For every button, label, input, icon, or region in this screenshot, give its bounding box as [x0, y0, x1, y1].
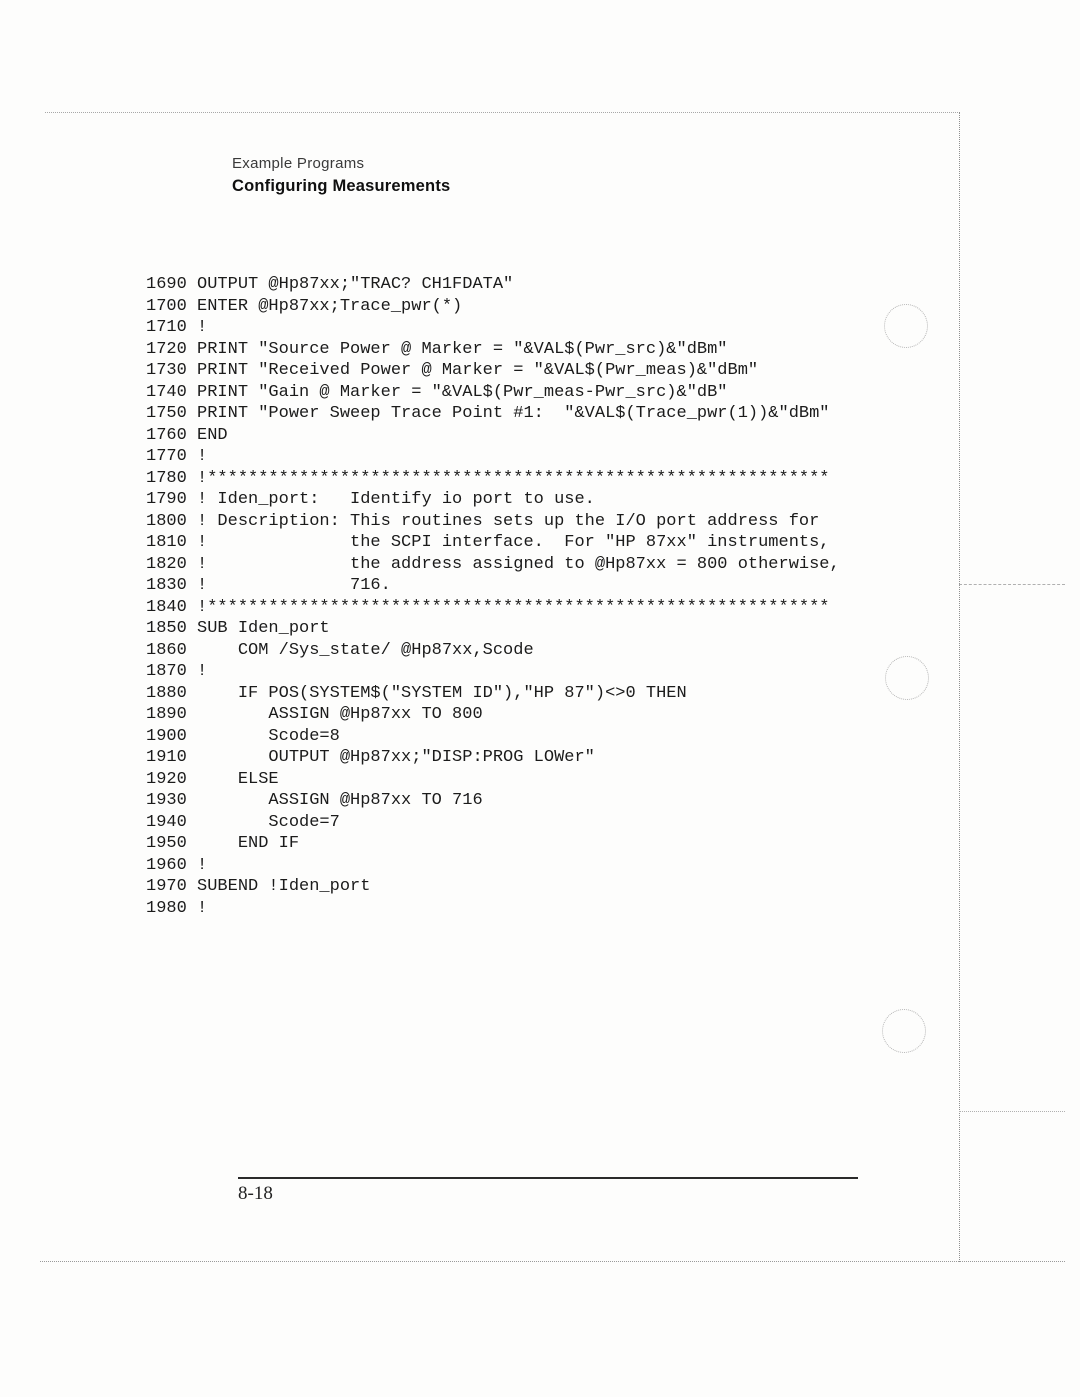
- binder-hole: [885, 656, 929, 700]
- code-line: 1750 PRINT "Power Sweep Trace Point #1: …: [146, 403, 840, 425]
- code-line: 1960 !: [146, 855, 840, 877]
- code-line: 1740 PRINT "Gain @ Marker = "&VAL$(Pwr_m…: [146, 382, 840, 404]
- binder-hole: [884, 304, 928, 348]
- code-line: 1910 OUTPUT @Hp87xx;"DISP:PROG LOWer": [146, 747, 840, 769]
- code-line: 1730 PRINT "Received Power @ Marker = "&…: [146, 360, 840, 382]
- code-line: 1860 COM /Sys_state/ @Hp87xx,Scode: [146, 640, 840, 662]
- section-title: Configuring Measurements: [232, 175, 450, 198]
- code-line: 1890 ASSIGN @Hp87xx TO 800: [146, 704, 840, 726]
- code-line: 1820 ! the address assigned to @Hp87xx =…: [146, 554, 840, 576]
- breadcrumb: Example Programs: [232, 153, 450, 175]
- page-number: 8-18: [238, 1183, 273, 1205]
- binder-hole: [882, 1009, 926, 1053]
- code-line: 1830 ! 716.: [146, 575, 840, 597]
- code-line: 1810 ! the SCPI interface. For "HP 87xx"…: [146, 532, 840, 554]
- code-line: 1950 END IF: [146, 833, 840, 855]
- code-line: 1980 !: [146, 898, 840, 920]
- code-line: 1770 !: [146, 446, 840, 468]
- page-edge-top: [45, 112, 958, 113]
- scanned-manual-page: { "header": { "breadcrumb": "Example Pro…: [0, 0, 1080, 1397]
- page-edge-bottom: [40, 1261, 1065, 1262]
- fold-mark-upper: [959, 584, 1065, 585]
- code-line: 1920 ELSE: [146, 769, 840, 791]
- code-line: 1700 ENTER @Hp87xx;Trace_pwr(*): [146, 296, 840, 318]
- code-line: 1930 ASSIGN @Hp87xx TO 716: [146, 790, 840, 812]
- code-listing: 1690 OUTPUT @Hp87xx;"TRAC? CH1FDATA" 170…: [146, 274, 840, 919]
- code-line: 1870 !: [146, 661, 840, 683]
- footer-rule: [238, 1177, 858, 1179]
- code-line: 1880 IF POS(SYSTEM$("SYSTEM ID"),"HP 87"…: [146, 683, 840, 705]
- code-line: 1790 ! Iden_port: Identify io port to us…: [146, 489, 840, 511]
- code-line: 1760 END: [146, 425, 840, 447]
- page-header: Example Programs Configuring Measurement…: [232, 153, 450, 198]
- code-line: 1970 SUBEND !Iden_port: [146, 876, 840, 898]
- code-line: 1690 OUTPUT @Hp87xx;"TRAC? CH1FDATA": [146, 274, 840, 296]
- code-line: 1710 !: [146, 317, 840, 339]
- code-line: 1840 !**********************************…: [146, 597, 840, 619]
- code-line: 1720 PRINT "Source Power @ Marker = "&VA…: [146, 339, 840, 361]
- fold-mark-lower: [959, 1111, 1065, 1112]
- page-edge-right: [959, 112, 960, 1262]
- code-line: 1900 Scode=8: [146, 726, 840, 748]
- code-line: 1940 Scode=7: [146, 812, 840, 834]
- code-line: 1780 !**********************************…: [146, 468, 840, 490]
- code-line: 1850 SUB Iden_port: [146, 618, 840, 640]
- code-line: 1800 ! Description: This routines sets u…: [146, 511, 840, 533]
